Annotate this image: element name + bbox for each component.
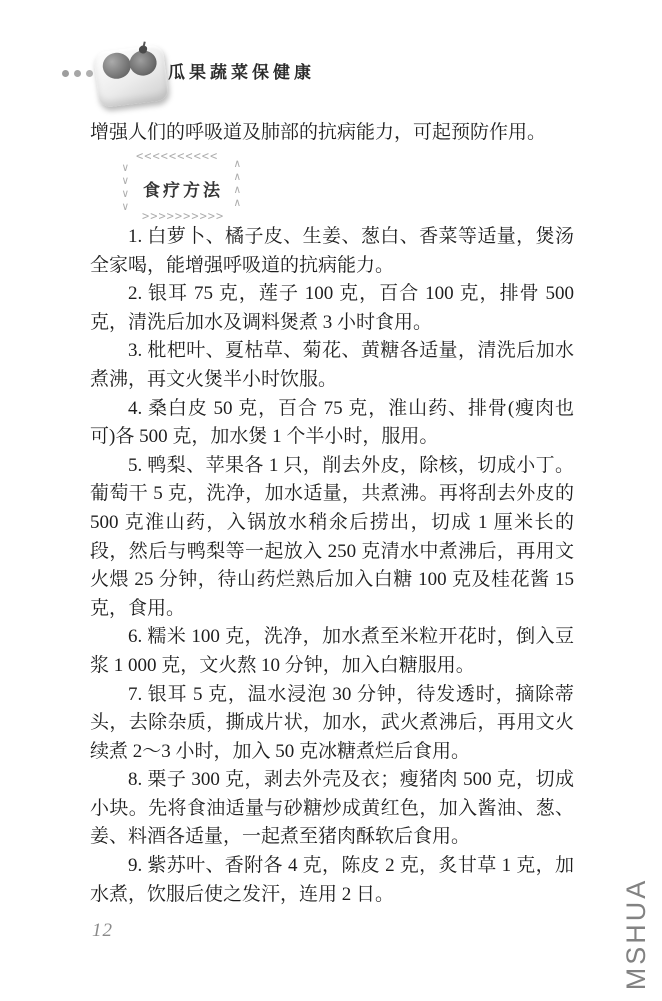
recipe-list: 1. 白萝卜、橘子皮、生姜、葱白、香菜等适量，煲汤全家喝，能增强呼吸道的抗病能力… (90, 223, 574, 909)
recipe-item: 5. 鸭梨、苹果各 1 只，削去外皮，除核，切成小丁。葡萄干 5 克，洗净，加水… (90, 452, 574, 624)
recipe-item: 4. 桑白皮 50 克，百合 75 克，淮山药、排骨(瘦肉也可)各 500 克，… (90, 395, 574, 452)
recipe-item: 8. 栗子 300 克，剥去外壳及衣；瘦猪肉 500 克，切成小块。先将食油适量… (90, 766, 574, 852)
recipe-item: 9. 紫苏叶、香附各 4 克，陈皮 2 克，炙甘草 1 克，加水煮，饮服后使之发… (90, 852, 574, 909)
plate-icon (93, 44, 169, 108)
fruit-plate-logo (90, 38, 173, 113)
recipe-item: 1. 白萝卜、橘子皮、生姜、葱白、香菜等适量，煲汤全家喝，能增强呼吸道的抗病能力… (90, 223, 574, 280)
three-dots-icon (62, 70, 93, 77)
recipe-item: 2. 银耳 75 克，莲子 100 克，百合 100 克，排骨 500 克，清洗… (90, 280, 574, 337)
book-title: 瓜果蔬菜保健康 (168, 58, 315, 83)
page-header: 瓜果蔬菜保健康 (62, 42, 522, 112)
publisher-watermark: MSHUA (621, 872, 655, 996)
dot-icon (74, 70, 81, 77)
content-column: 增强人们的呼吸道及肺部的抗病能力，可起预防作用。 <<<<<<<<<< >>>>… (90, 118, 574, 909)
dot-icon (62, 70, 69, 77)
dot-icon (86, 70, 93, 77)
intro-paragraph: 增强人们的呼吸道及肺部的抗病能力，可起预防作用。 (90, 118, 574, 147)
recipe-item: 3. 枇杷叶、夏枯草、菊花、黄糖各适量，清洗后加水煮沸，再文火煲半小时饮服。 (90, 337, 574, 394)
page-number: 12 (92, 920, 113, 942)
recipe-item: 6. 糯米 100 克，洗净，加水煮至米粒开花时，倒入豆浆 1 000 克，文火… (90, 623, 574, 680)
section-heading-box: <<<<<<<<<< >>>>>>>>>> ∨∨∨∨ ∧∧∧∧ 食疗方法 (128, 155, 238, 217)
recipe-item: 7. 银耳 5 克，温水浸泡 30 分钟，待发透时，摘除蒂头，去除杂质，撕成片状… (90, 681, 574, 767)
section-heading: 食疗方法 (128, 157, 238, 219)
